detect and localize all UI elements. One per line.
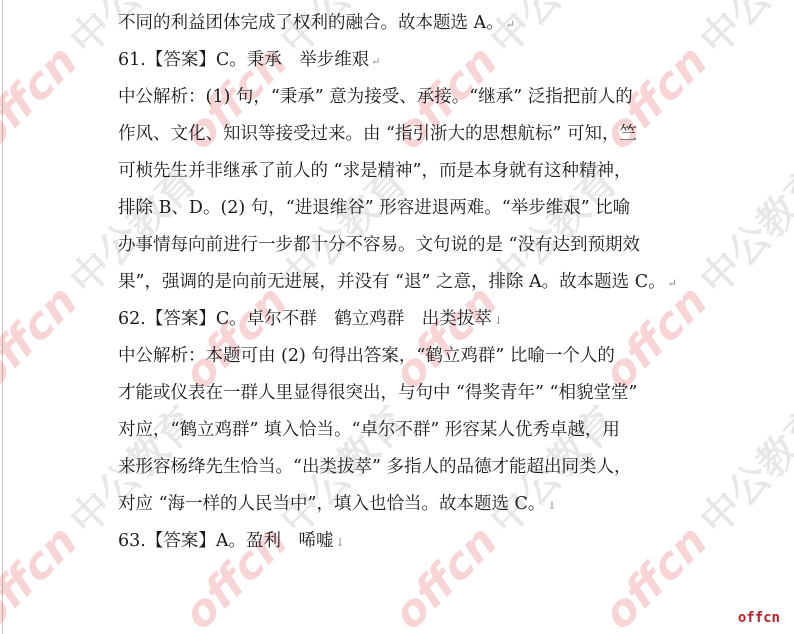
page-left-border <box>2 0 3 634</box>
text-line: 可桢先生并非继承了前人的 “求是精神”，而是本身就有这种精神， <box>118 154 688 191</box>
text-line: 办事情每向前进行一步都十分不容易。文句说的是 “没有达到预期效 <box>118 228 688 265</box>
text-line: 果”，强调的是向前无进展，并没有 “退” 之意，排除 A。故本题选 C。↵ <box>118 265 688 302</box>
text-line: 中公解析：(1) 句，“秉承” 意为接受、承接。“继承” 泛指把前人的 <box>118 80 688 117</box>
text-line: 排除 B、D。(2) 句，“进退维谷” 形容进退两难。“举步维艰” 比喻 <box>118 191 688 228</box>
offcn-logo: offcn <box>738 610 780 626</box>
line-break-mark: ↓ <box>547 499 556 512</box>
paragraph-mark: ↵ <box>668 277 677 290</box>
answer-line-63: 63.【答案】A。盈利 唏嘘↓ <box>118 524 688 561</box>
text-line: 对应，“鹤立鸡群” 填入恰当。“卓尔不群” 形容某人优秀卓越，用 <box>118 413 688 450</box>
text-line: 不同的利益团体完成了权利的融合。故本题选 A。↵ <box>118 6 688 43</box>
line-break-mark: ↓ <box>494 314 503 327</box>
text-line: 才能或仪表在一群人里显得很突出，与句中 “得奖青年” “相貌堂堂” <box>118 376 688 413</box>
answer-line-61: 61.【答案】C。秉承 举步维艰↵ <box>118 43 688 80</box>
answer-line-62: 62.【答案】C。卓尔不群 鹤立鸡群 出类拔萃↓ <box>118 302 688 339</box>
paragraph-mark: ↵ <box>506 18 515 31</box>
paragraph-mark: ↵ <box>371 55 380 68</box>
line-break-mark: ↓ <box>335 536 344 549</box>
text-line: 作风、文化、知识等接受过来。由 “指引浙大的思想航标” 可知，竺 <box>118 117 688 154</box>
text-line: 对应 “海一样的人民当中”，填入也恰当。故本题选 C。↓ <box>118 487 688 524</box>
text-line: 中公解析：本题可由 (2) 句得出答案，“鹤立鸡群” 比喻一个人的 <box>118 339 688 376</box>
document-body: 不同的利益团体完成了权利的融合。故本题选 A。↵ 61.【答案】C。秉承 举步维… <box>118 6 688 561</box>
text-line: 来形容杨绛先生恰当。“出类拔萃” 多指人的品德才能超出同类人， <box>118 450 688 487</box>
